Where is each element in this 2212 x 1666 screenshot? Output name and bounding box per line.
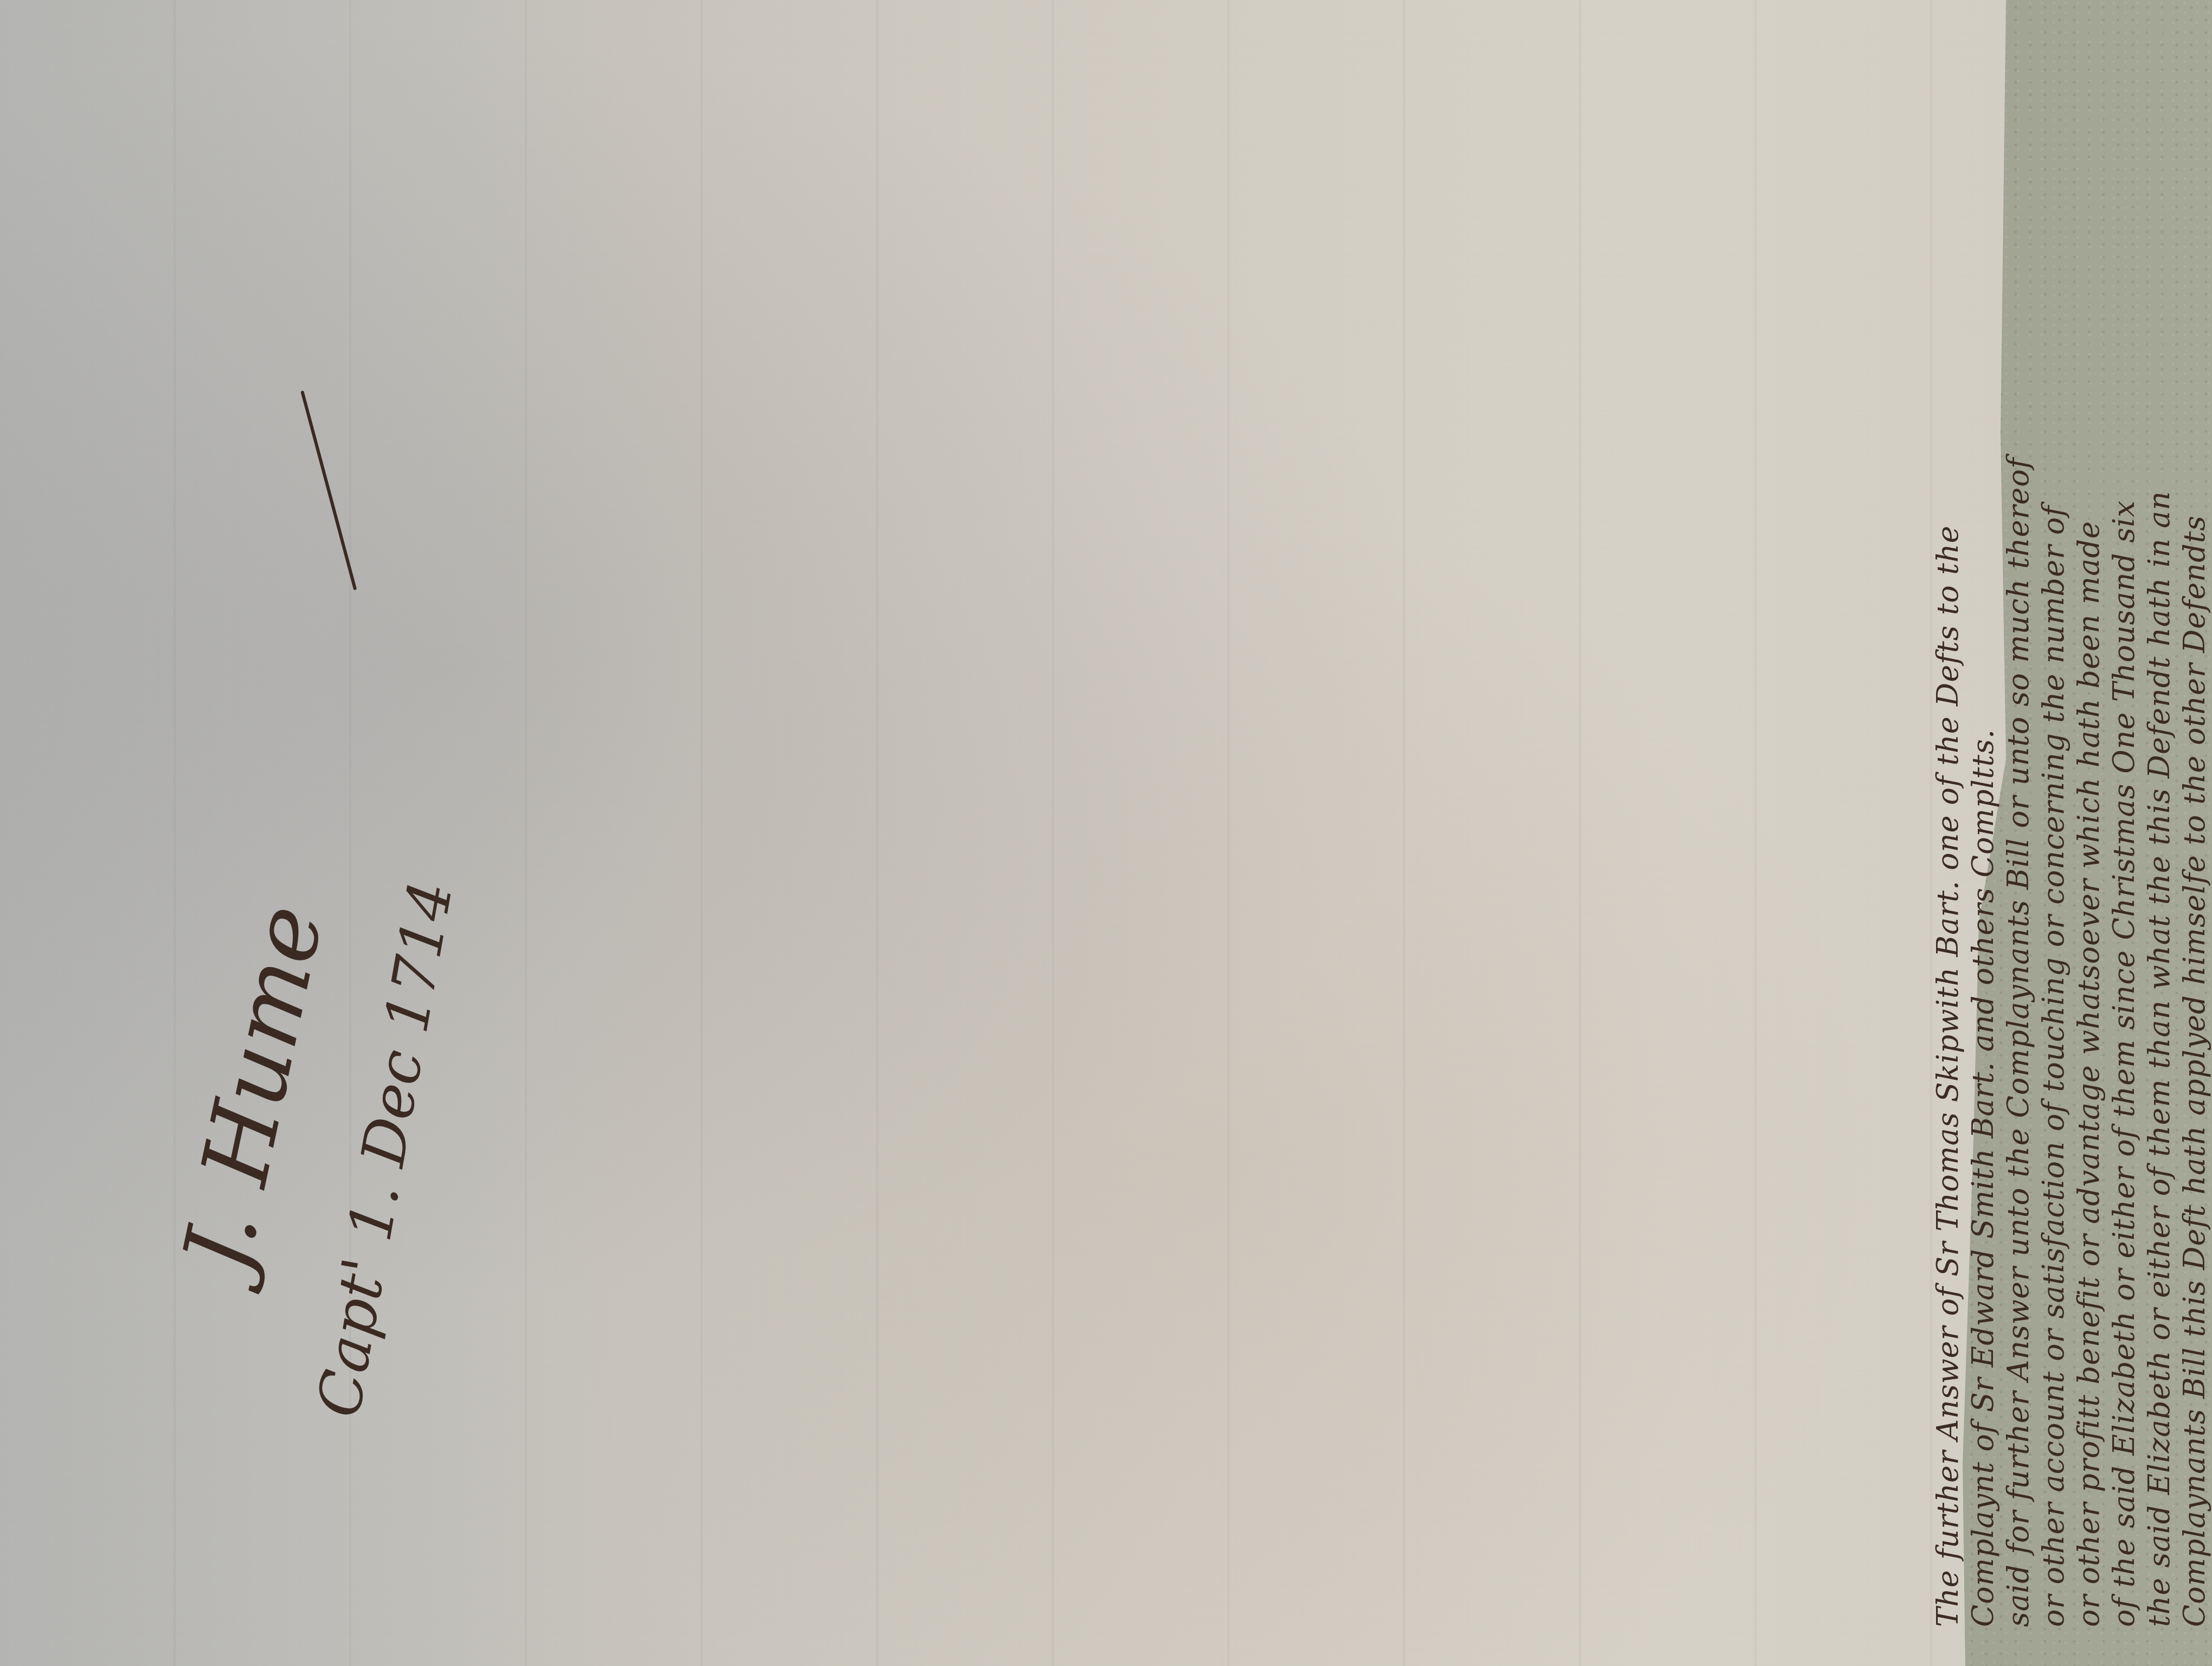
manuscript-line: Complaynt of Sr Edward Smith Bart. and o…: [1965, 0, 2001, 1627]
manuscript-line: the said Elizabeth or either of them tha…: [2142, 0, 2177, 1627]
manuscript-line: or other profitt benefit or advantage wh…: [2071, 0, 2106, 1627]
manuscript-line: Complaynants Bill this Deft hath applyed…: [2177, 0, 2212, 1627]
parchment-sheet: [0, 0, 2006, 1666]
manuscript-text: The further Answer of Sr Thomas Skipwith…: [1930, 0, 2212, 1627]
manuscript-line: of the said Elizabeth or either of them …: [2106, 0, 2142, 1627]
manuscript-line: said for further Answer unto the Complay…: [2001, 0, 2036, 1627]
manuscript-line: The further Answer of Sr Thomas Skipwith…: [1930, 0, 1965, 1627]
manuscript-line: or other account or satisfaction of touc…: [2036, 0, 2071, 1627]
